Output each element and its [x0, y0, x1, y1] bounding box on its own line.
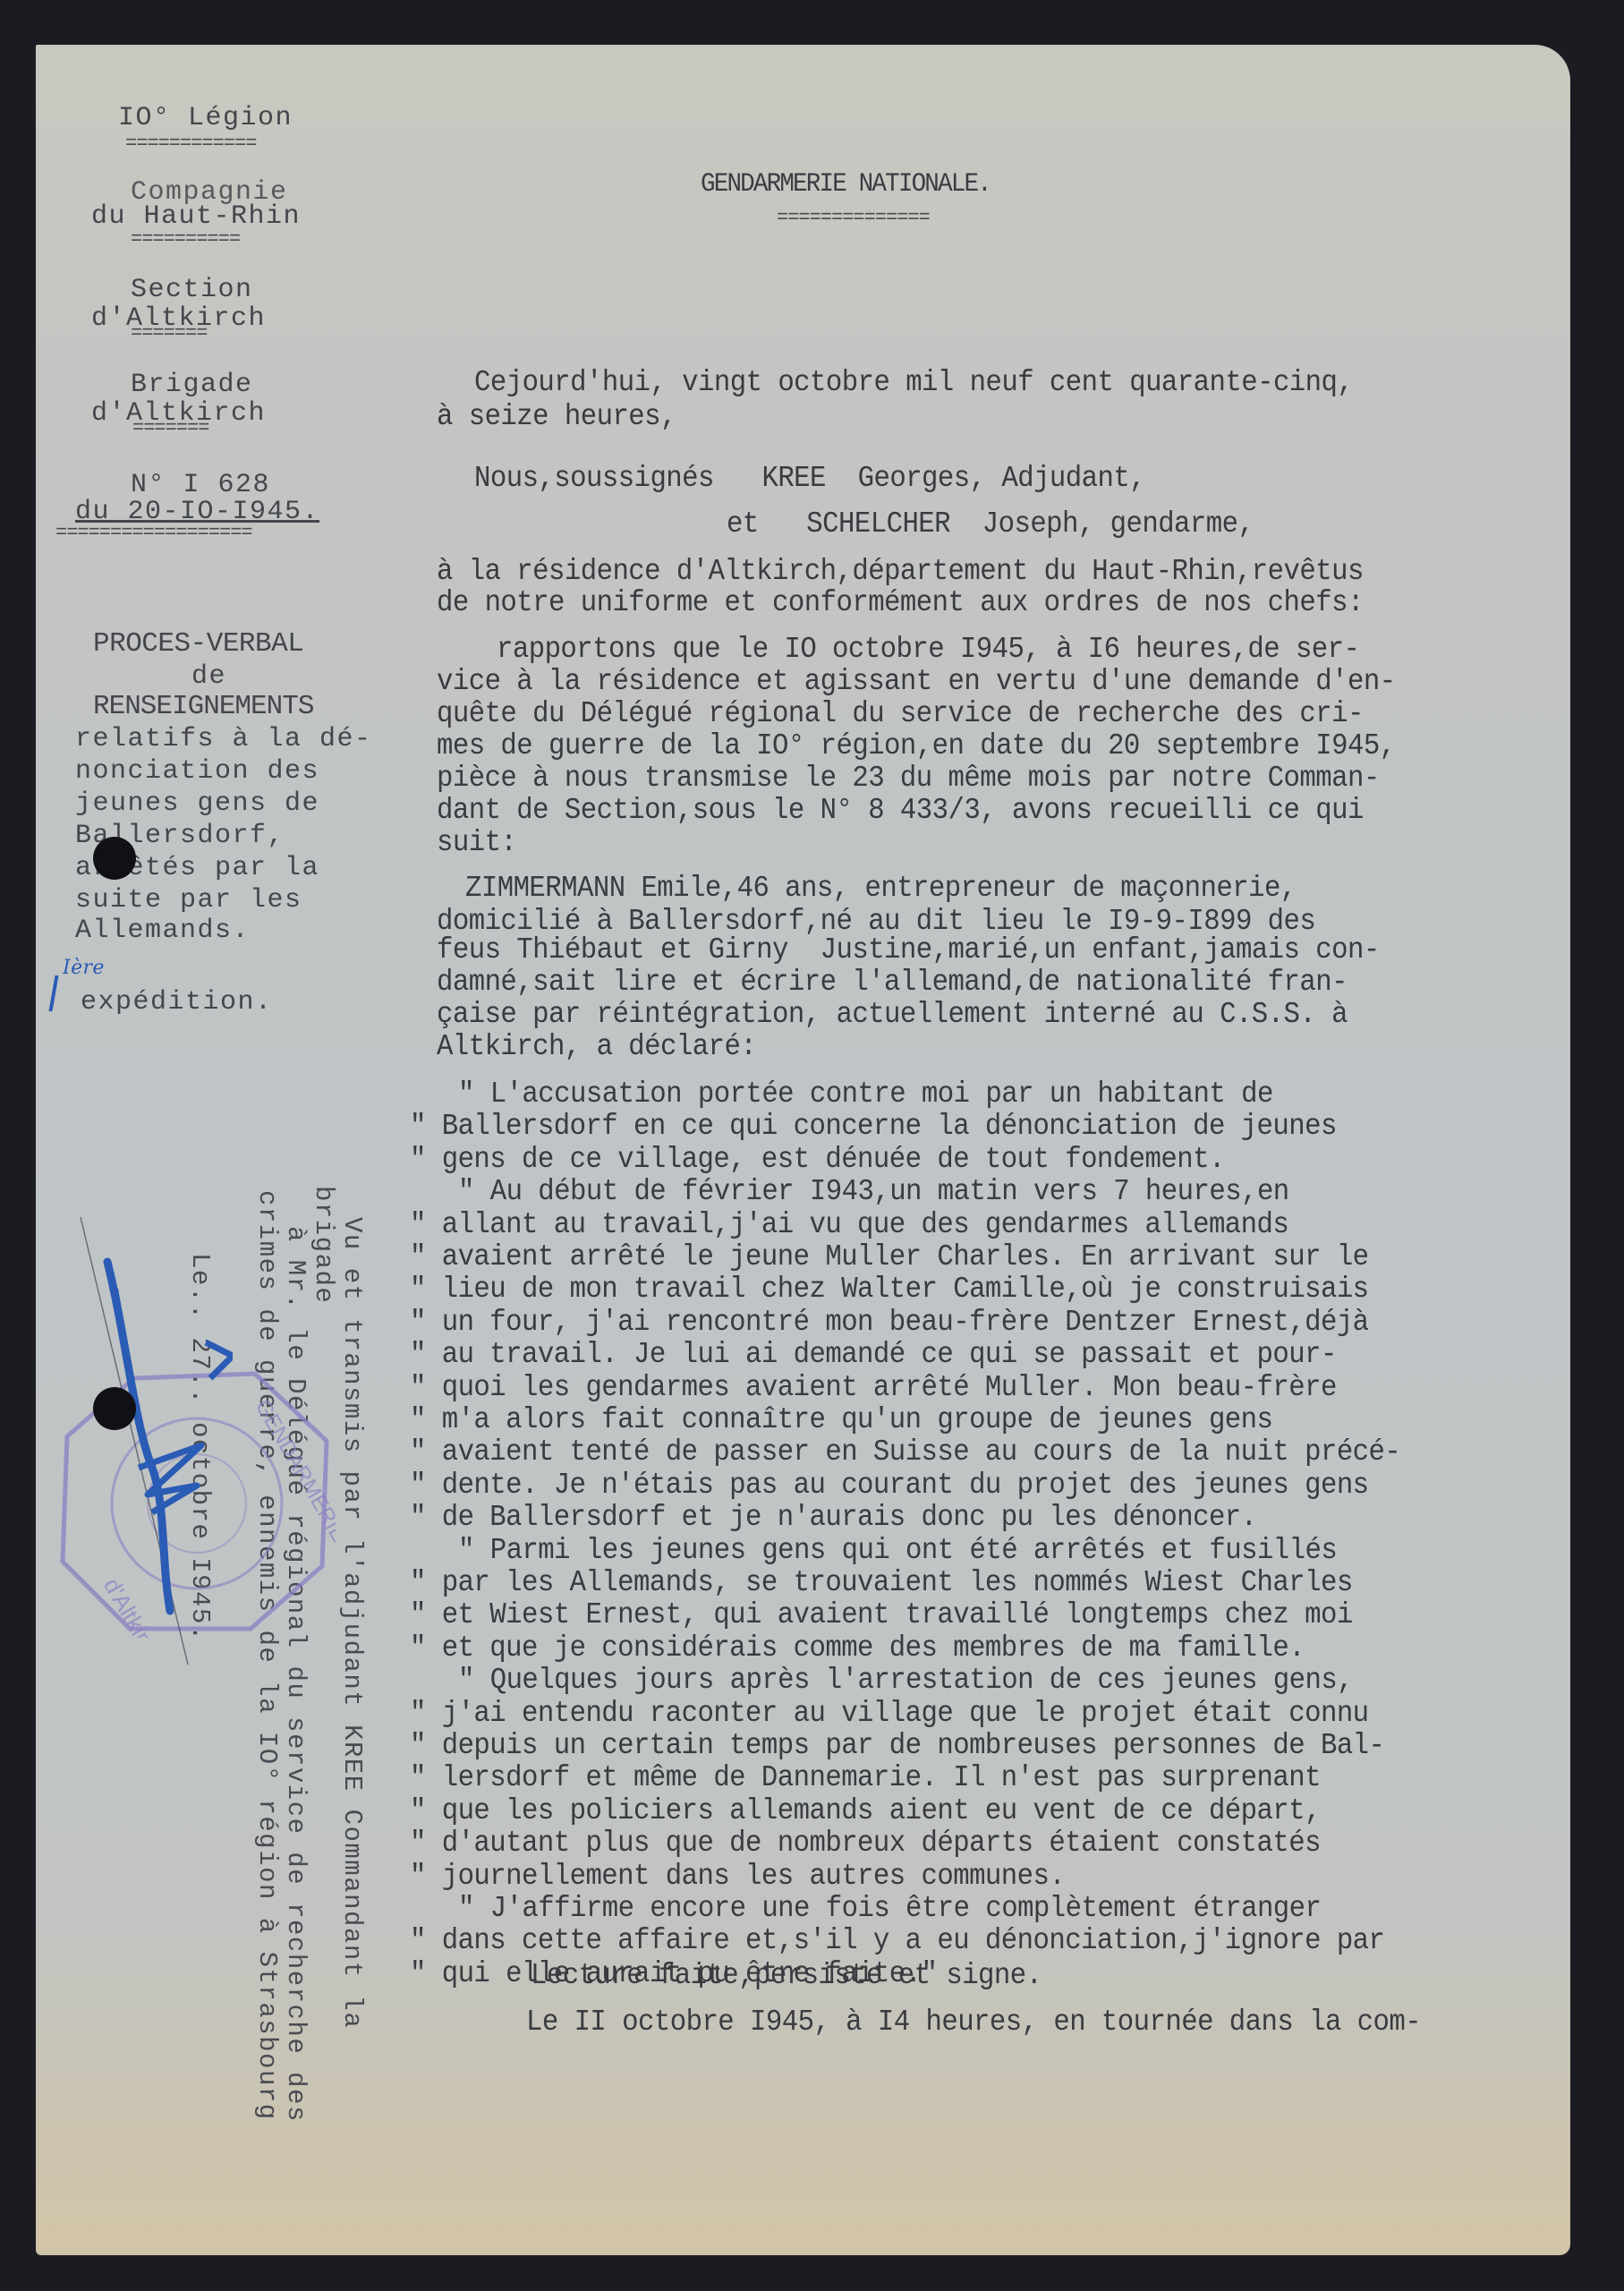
brigade-separator: ======= — [132, 419, 208, 439]
summary-line: nonciation des — [75, 754, 319, 789]
statement-line: " avaient arrêté le jeune Muller Charles… — [410, 1239, 1369, 1275]
statement-line: " Au début de février I943,un matin vers… — [458, 1174, 1289, 1210]
signature — [54, 1199, 233, 1682]
witness-line: Altkirch, a déclaré: — [437, 1029, 756, 1065]
statement-line: " dans cette affaire et,s'il y a eu déno… — [410, 1923, 1384, 1959]
transmittal-line: à Mr. le Délégué régional du service de … — [280, 1226, 310, 2123]
statement-line: " depuis un certain temps par de nombreu… — [410, 1728, 1384, 1764]
statement-line: " d'autant plus que de nombreux départs … — [410, 1826, 1321, 1861]
statement-line: " journellement dans les autres communes… — [410, 1859, 1065, 1895]
residence-line: à la résidence d'Altkirch,département du… — [437, 554, 1364, 590]
transmittal-line: Vu et transmis par l'adjudant KREE Comma… — [336, 1217, 367, 2029]
statement-line: " Ballersdorf en ce qui concerne la déno… — [410, 1109, 1337, 1145]
statement-line: " quoi les gendarmes avaient arrêté Mull… — [410, 1370, 1337, 1406]
continuation-line: Le II octobre I945, à I4 heures, en tour… — [526, 2005, 1421, 2040]
summary-line: RENSEIGNEMENTS — [93, 689, 313, 725]
report-line: dant de Section,sous le N° 8 433/3, avon… — [437, 793, 1364, 829]
report-line: rapportons que le IO octobre I945, à I6 … — [497, 632, 1359, 668]
section-separator: ======= — [131, 324, 207, 344]
statement-line: " m'a alors fait connaître qu'un groupe … — [410, 1402, 1272, 1438]
statement-line: " Quelques jours après l'arrestation de … — [458, 1663, 1353, 1699]
statement-line: " J'affirme encore une fois être complèt… — [458, 1891, 1321, 1927]
statement-line: " et Wiest Ernest, qui avaient travaillé… — [410, 1597, 1353, 1633]
report-line: suit: — [437, 825, 516, 861]
witness-line: feus Thiébaut et Girny Justine,marié,un … — [437, 933, 1380, 968]
legion-separator: ============ — [125, 134, 256, 154]
summary-line: relatifs à la dé- — [75, 721, 372, 757]
statement-line: " dente. Je n'étais pas au courant du pr… — [410, 1468, 1369, 1503]
report-line: pièce à nous transmise le 23 du même moi… — [437, 761, 1380, 796]
opening-line: Cejourd'hui, vingt octobre mil neuf cent… — [474, 365, 1353, 401]
statement-line: " gens de ce village, est dénuée de tout… — [410, 1142, 1225, 1178]
title-separator: ============== — [777, 209, 930, 228]
witness-line: çaise par réintégration, actuellement in… — [437, 997, 1348, 1033]
statement-line: " L'accusation portée contre moi par un … — [458, 1077, 1273, 1112]
statement-line: " de Ballersdorf et je n'aurais donc pu … — [410, 1500, 1257, 1536]
statement-line: " Parmi les jeunes gens qui ont été arrê… — [458, 1533, 1337, 1569]
statement-line: " j'ai entendu raconter au village que l… — [410, 1696, 1369, 1732]
summary-line: jeunes gens de — [75, 786, 319, 822]
punch-hole — [93, 1387, 136, 1430]
expedition-label: expédition. — [81, 984, 273, 1020]
report-line: vice à la résidence et agissant en vertu… — [437, 664, 1396, 700]
transmittal-line: crimes de guerre, ennemis de la IO° régi… — [251, 1190, 282, 2121]
witness-line: damné,sait lire et écrire l'allemand,de … — [437, 965, 1348, 1001]
closing-line: Lecture faite,persiste et signe. — [531, 1958, 1042, 1994]
statement-line: " par les Allemands, se trouvaient les n… — [410, 1565, 1353, 1601]
page-title: GENDARMERIE NATIONALE. — [701, 166, 991, 202]
expedition-annotation: Ière — [63, 950, 105, 986]
statement-line: " un four, j'ai rencontré mon beau-frère… — [410, 1305, 1369, 1341]
compagnie-separator: ========== — [131, 230, 240, 250]
statement-line: " que les policiers allemands aient eu v… — [410, 1793, 1321, 1829]
residence-line: de notre uniforme et conformément aux or… — [437, 585, 1364, 621]
legion-label: IO° Légion — [118, 100, 293, 136]
signatory-line: Nous,soussignés KREE Georges, Adjudant, — [474, 461, 1145, 497]
signatory-line: et SCHELCHER Joseph, gendarme, — [727, 507, 1254, 542]
statement-line: " avaient tenté de passer en Suisse au c… — [410, 1435, 1400, 1470]
summary-line: Allemands. — [75, 913, 250, 949]
opening-line: à seize heures, — [437, 399, 676, 435]
statement-line: " et que je considérais comme des membre… — [410, 1631, 1305, 1666]
transmittal-line: brigade — [308, 1186, 338, 1304]
summary-line: PROCES-VERBAL — [93, 626, 303, 662]
witness-line: ZIMMERMANN Emile,46 ans, entrepreneur de… — [465, 871, 1297, 907]
statement-line: " allant au travail,j'ai vu que des gend… — [410, 1207, 1288, 1243]
report-line: quête du Délégué régional du service de … — [437, 696, 1364, 732]
punch-hole — [93, 837, 136, 880]
statement-line: " lieu de mon travail chez Walter Camill… — [410, 1272, 1369, 1307]
date-separator: ================== — [55, 524, 252, 543]
statement-line: " au travail. Je lui ai demandé ce qui s… — [410, 1337, 1337, 1373]
statement-line: " lersdorf et même de Dannemarie. Il n'e… — [410, 1760, 1321, 1796]
stamp-text: GENDARMERIE — [251, 1396, 336, 1546]
report-line: mes de guerre de la IO° région,en date d… — [437, 728, 1396, 764]
